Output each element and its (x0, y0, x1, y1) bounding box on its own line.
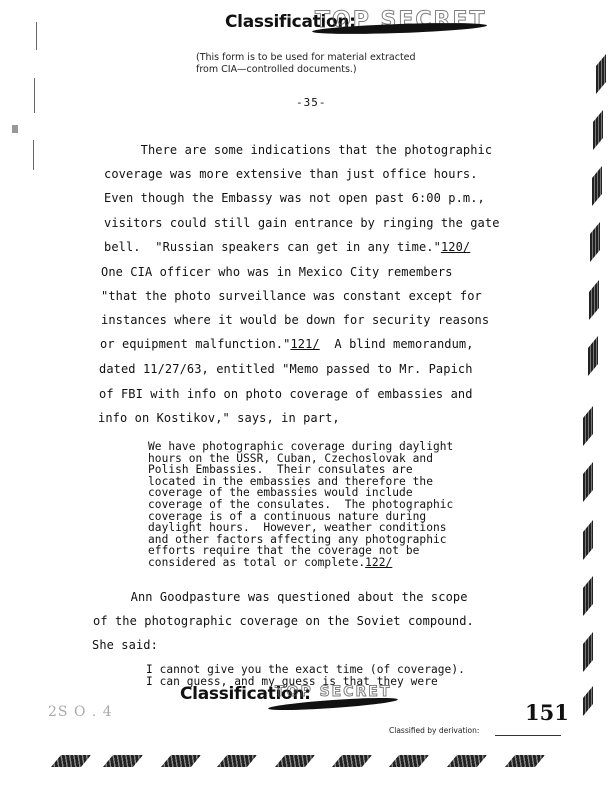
perforation-mark (596, 54, 606, 94)
perforation-mark (583, 576, 593, 616)
perforation-mark (583, 520, 593, 560)
perforation-mark (217, 755, 257, 767)
perforation-mark (590, 222, 600, 262)
footnote-ref-121: 121/ (290, 337, 319, 351)
perforation-mark (103, 755, 143, 767)
perforation-mark (505, 755, 545, 767)
derivation-label: Classified by derivation: (389, 726, 479, 735)
body-line: dated 11/27/63, entitled "Memo passed to… (99, 363, 473, 375)
page-marker: -35- (296, 96, 327, 109)
perforation-mark (275, 755, 315, 767)
footer-stamp-left: 2S O . 4 (48, 704, 113, 720)
form-note-line2: from CIA—controlled documents.) (196, 64, 357, 76)
quote-line: daylight hours. However, weather conditi… (148, 522, 453, 534)
body-line: "that the photo surveillance was constan… (101, 290, 482, 302)
margin-mark (33, 140, 34, 170)
perforation-mark (389, 755, 429, 767)
footnote-ref-122: 122/ (365, 556, 392, 569)
quote-line: I cannot give you the exact time (of cov… (146, 664, 465, 676)
body-line: of FBI with info on photo coverage of em… (99, 388, 473, 400)
perforation-mark (51, 755, 91, 767)
perforation-mark (589, 280, 599, 320)
footnote-ref-120: 120/ (441, 240, 470, 254)
body-line: Ann Goodpasture was questioned about the… (94, 591, 468, 603)
derivation-field-line (495, 735, 561, 736)
perforation-mark (447, 755, 487, 767)
body-line: One CIA officer who was in Mexico City r… (101, 266, 453, 278)
perforation-mark (593, 110, 603, 150)
perforation-mark (583, 462, 593, 502)
body-line: visitors could still gain entrance by ri… (104, 217, 500, 229)
body-line: Even though the Embassy was not open pas… (104, 192, 485, 204)
quote-line: We have photographic coverage during day… (148, 441, 453, 453)
body-line: or equipment malfunction."121/ A blind m… (100, 338, 474, 350)
margin-mark (34, 78, 35, 113)
block-quote-memorandum: We have photographic coverage during day… (148, 441, 453, 569)
perforation-mark (583, 406, 593, 446)
body-line: coverage was more extensive than just of… (104, 168, 478, 180)
body-line: She said: (92, 639, 158, 651)
body-line: of the photographic coverage on the Sovi… (93, 615, 474, 627)
perforation-mark (161, 755, 201, 767)
form-note-line1: (This form is to be used for material ex… (196, 52, 416, 64)
body-line: info on Kostikov," says, in part, (98, 412, 340, 424)
perforation-mark (588, 336, 598, 376)
body-line: bell. "Russian speakers can get in any t… (104, 241, 470, 253)
margin-mark (36, 22, 37, 50)
perforation-mark (592, 166, 602, 206)
scan-speck (12, 125, 18, 133)
body-line: instances where it would be down for sec… (101, 314, 489, 326)
perforation-mark (583, 632, 593, 672)
body-line: There are some indications that the phot… (104, 144, 492, 156)
quote-line: considered as total or complete.122/ (148, 557, 453, 569)
footer-page-number: 151 (525, 700, 569, 725)
quote-line: coverage of the consulates. The photogra… (148, 499, 453, 511)
perforation-mark (583, 686, 593, 716)
perforation-mark (332, 755, 372, 767)
